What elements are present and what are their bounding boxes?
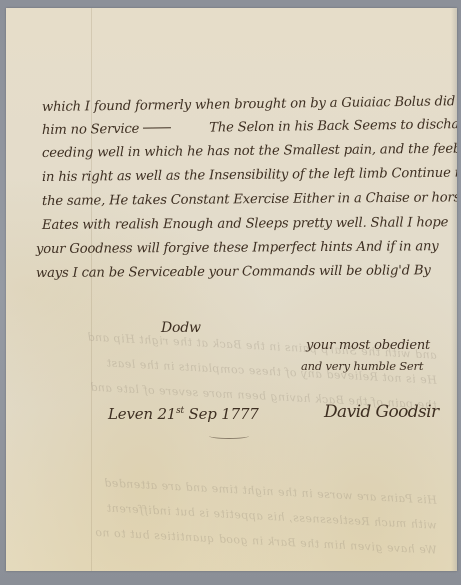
- date-day: 21: [157, 405, 176, 423]
- letter-line-text: The Selon in his Back Seems to discharge…: [209, 117, 457, 136]
- letter-line: which I found formerly when brought on b…: [42, 94, 455, 115]
- date-year: 1777: [221, 405, 258, 423]
- letter-sheet: and with the Sharp pains in the Back at …: [6, 8, 457, 571]
- date-line: Leven 21st Sep 1777: [108, 405, 259, 423]
- letter-line: ways I can be Serviceable your Commands …: [36, 263, 431, 281]
- signature: David Goodsir: [324, 402, 439, 422]
- closing-line-2: and very humble Sert: [301, 359, 423, 373]
- scan-backdrop: and with the Sharp pains in the Back at …: [0, 0, 461, 585]
- date-flourish: [209, 433, 249, 439]
- date-day-suffix: st: [176, 406, 184, 416]
- letter-line: in his right as well as the Insensibilit…: [42, 165, 457, 185]
- date-place: Leven: [108, 405, 153, 423]
- date-month: Sep: [189, 405, 217, 423]
- letter-line: the same, He takes Constant Exercise Eit…: [42, 190, 457, 209]
- letter-line: him no ServiceThe Selon in his Back Seem…: [42, 117, 457, 138]
- paper-edge-shadow: [451, 8, 457, 571]
- pen-dash: [143, 127, 171, 128]
- letter-line: Eates with realish Enough and Sleeps pre…: [42, 215, 448, 233]
- closing-line-1: your most obedient: [306, 338, 430, 353]
- letter-line-text: him no Service: [42, 122, 139, 138]
- letter-line: your Goodness will forgive these Imperfe…: [36, 239, 439, 257]
- letter-line: ceeding well in which he has not the Sma…: [42, 141, 457, 161]
- salutation: Dodw: [161, 320, 201, 336]
